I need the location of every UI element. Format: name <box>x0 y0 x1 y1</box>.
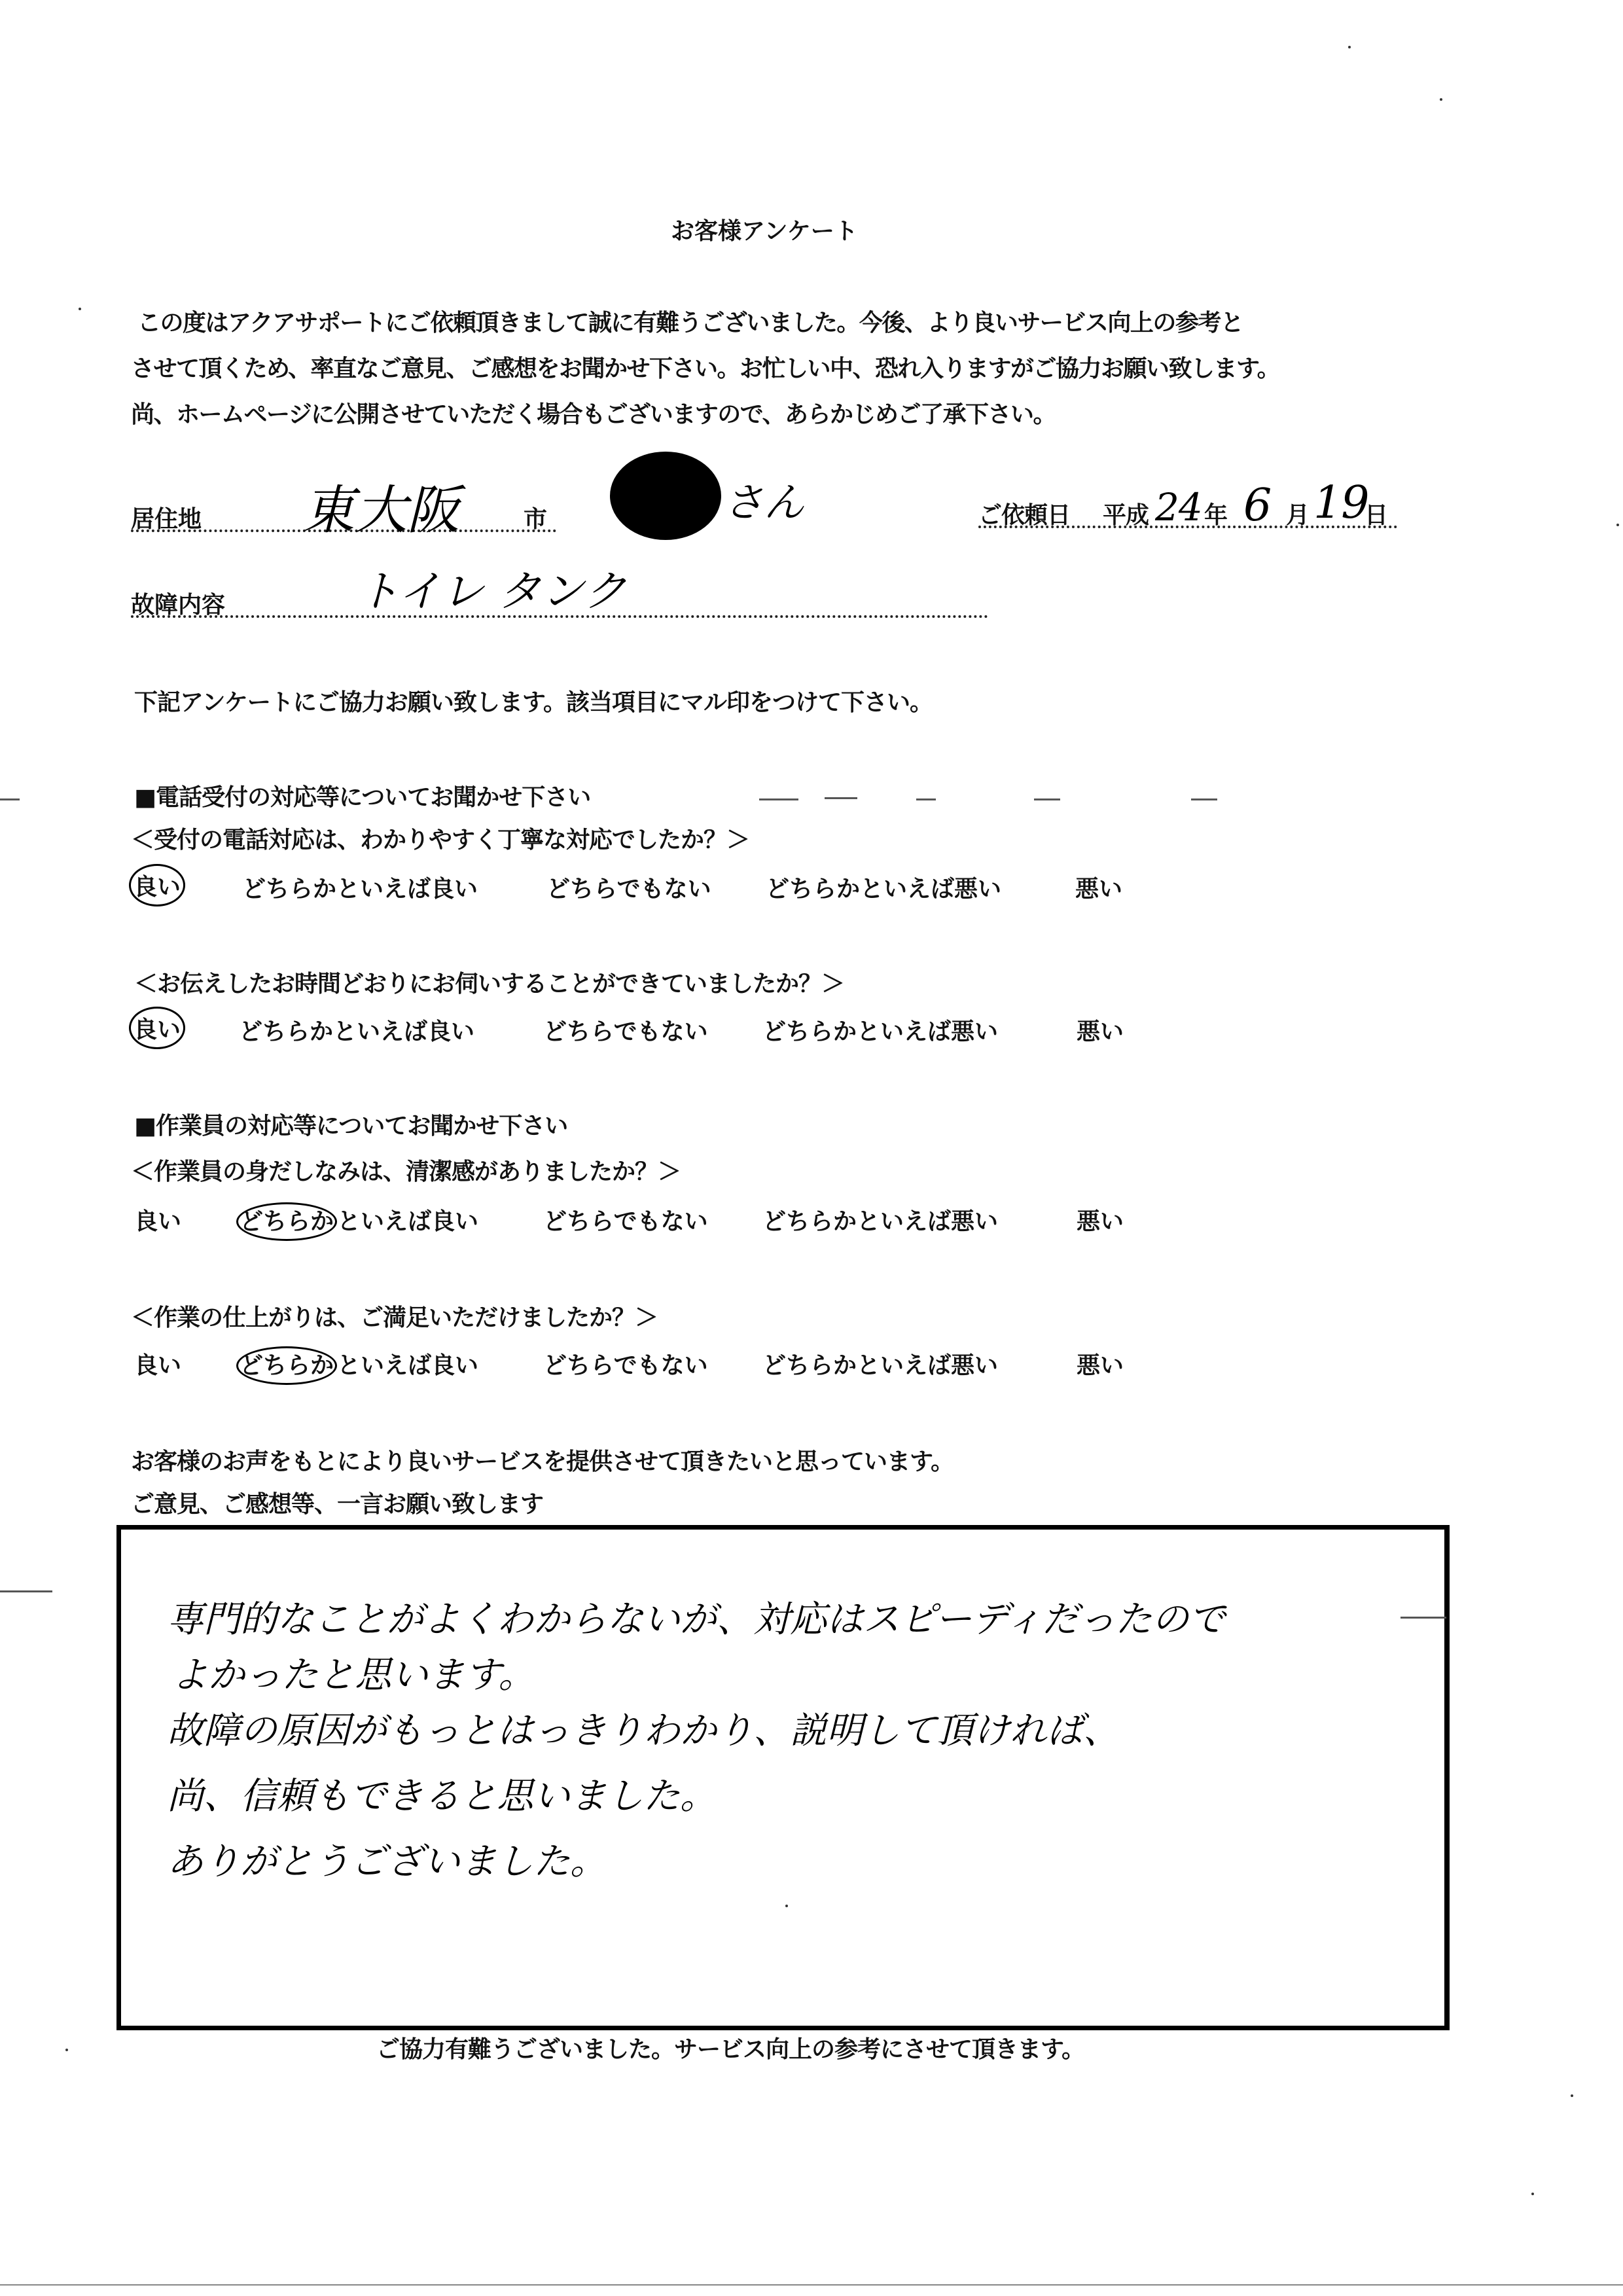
question-punctuality: ＜お伝えしたお時間どおりにお伺いすることができていましたか？＞ <box>134 965 844 999</box>
selection-circle: どちらか <box>236 1202 337 1241</box>
intro-line-1: この度はアクアサポートにご依頼頂きまして誠に有難うございました。今後、より良いサ… <box>137 304 1243 338</box>
option-good[interactable]: 良い <box>134 1203 181 1236</box>
option-bad[interactable]: 悪い <box>1077 1347 1124 1380</box>
city-suffix: 市 <box>524 501 547 534</box>
option-bad[interactable]: 悪い <box>1075 870 1122 904</box>
residence-field[interactable]: 居住地 東大阪 市 <box>131 501 556 532</box>
option-good[interactable]: 良い <box>134 1347 181 1380</box>
scan-mark <box>0 798 20 800</box>
option-neutral[interactable]: どちらでもない <box>543 1347 708 1380</box>
problem-label: 故障内容 <box>131 586 225 620</box>
option-somewhat-good-selected[interactable]: どちらかといえば良い <box>239 1347 478 1380</box>
option-bad[interactable]: 悪い <box>1077 1203 1124 1236</box>
name-suffix: さん <box>723 470 804 528</box>
section-heading-phone: ■電話受付の対応等についてお聞かせ下さい <box>134 779 590 812</box>
option-bad[interactable]: 悪い <box>1077 1013 1124 1047</box>
feedback-prompt-1: お客様のお声をもとにより良いサービスを提供させて頂きたいと思っています。 <box>131 1443 954 1477</box>
intro-line-2: させて頂くため、率直なご意見、ご感想をお聞かせ下さい。お忙しい中、恐れ入りますが… <box>131 350 1279 384</box>
option-somewhat-bad[interactable]: どちらかといえば悪い <box>762 1203 998 1236</box>
instruction-text: 下記アンケートにご協力お願い致します。該当項目にマル印をつけて下さい。 <box>134 684 933 717</box>
section-heading-staff: ■作業員の対応等についてお聞かせ下さい <box>134 1107 567 1141</box>
option-neutral[interactable]: どちらでもない <box>546 870 711 904</box>
day-unit: 日 <box>1364 497 1387 530</box>
option-neutral[interactable]: どちらでもない <box>543 1203 708 1236</box>
day-value: 19 <box>1313 477 1369 529</box>
comment-line-4: 尚、信頼もできると思いました。 <box>167 1767 717 1820</box>
feedback-prompt-2: ご意見、ご感想等、一言お願い致します <box>131 1486 543 1519</box>
era-label: 平成 <box>1103 497 1149 530</box>
problem-value: トイレ タンク <box>357 556 626 619</box>
page-title: お客様アンケート <box>671 213 858 246</box>
year-value: 24 <box>1155 485 1202 529</box>
question-finish-quality: ＜作業の仕上がりは、ご満足いただけましたか？＞ <box>131 1299 658 1333</box>
problem-field[interactable]: 故障内容 トイレ タンク <box>131 584 988 618</box>
redacted-name <box>610 452 721 540</box>
selection-circle: どちらか <box>236 1346 337 1385</box>
comment-line-2: よかったと思います。 <box>171 1646 535 1698</box>
question-appearance: ＜作業員の身だしなみは、清潔感がありましたか？＞ <box>131 1153 681 1187</box>
year-unit: 年 <box>1204 497 1227 530</box>
intro-line-3: 尚、ホームページに公開させていただく場合もございますので、あらかじめご了承下さい… <box>131 396 1056 429</box>
request-date-field[interactable]: ご依頼日 平成 24 年 6 月 19 日 <box>978 494 1397 528</box>
option-somewhat-good[interactable]: どちらかといえば良い <box>239 1013 474 1047</box>
scan-mark <box>1400 1617 1446 1619</box>
option-good-selected[interactable]: 良い <box>129 1007 185 1049</box>
residence-value: 東大阪 <box>302 468 459 543</box>
option-good-selected[interactable]: 良い <box>129 864 185 906</box>
question-phone-clarity: ＜受付の電話対応は、わかりやすく丁寧な対応でしたか？＞ <box>131 821 749 855</box>
comment-line-3: 故障の原因がもっとはっきりわかり、説明して頂ければ、 <box>167 1702 1120 1754</box>
option-somewhat-good-selected[interactable]: どちらかといえば良い <box>239 1203 478 1236</box>
footer-thanks: ご協力有難うございました。サービス向上の参考にさせて頂きます。 <box>376 2031 1084 2064</box>
scan-edge <box>0 2284 1623 2286</box>
month-value: 6 <box>1243 480 1271 531</box>
month-unit: 月 <box>1286 497 1309 530</box>
option-somewhat-bad[interactable]: どちらかといえば悪い <box>766 870 1001 904</box>
option-somewhat-bad[interactable]: どちらかといえば悪い <box>762 1013 998 1047</box>
scan-mark <box>0 1590 52 1592</box>
option-somewhat-bad[interactable]: どちらかといえば悪い <box>762 1347 998 1380</box>
option-neutral[interactable]: どちらでもない <box>543 1013 708 1047</box>
request-date-label: ご依頼日 <box>978 497 1070 530</box>
residence-label: 居住地 <box>131 501 202 534</box>
option-somewhat-good[interactable]: どちらかといえば良い <box>242 870 478 904</box>
comment-line-1: 専門的なことがよくわからないが、対応はスピーディだったので <box>167 1590 1225 1643</box>
comment-line-5: ありがとうございました。 <box>167 1833 607 1885</box>
